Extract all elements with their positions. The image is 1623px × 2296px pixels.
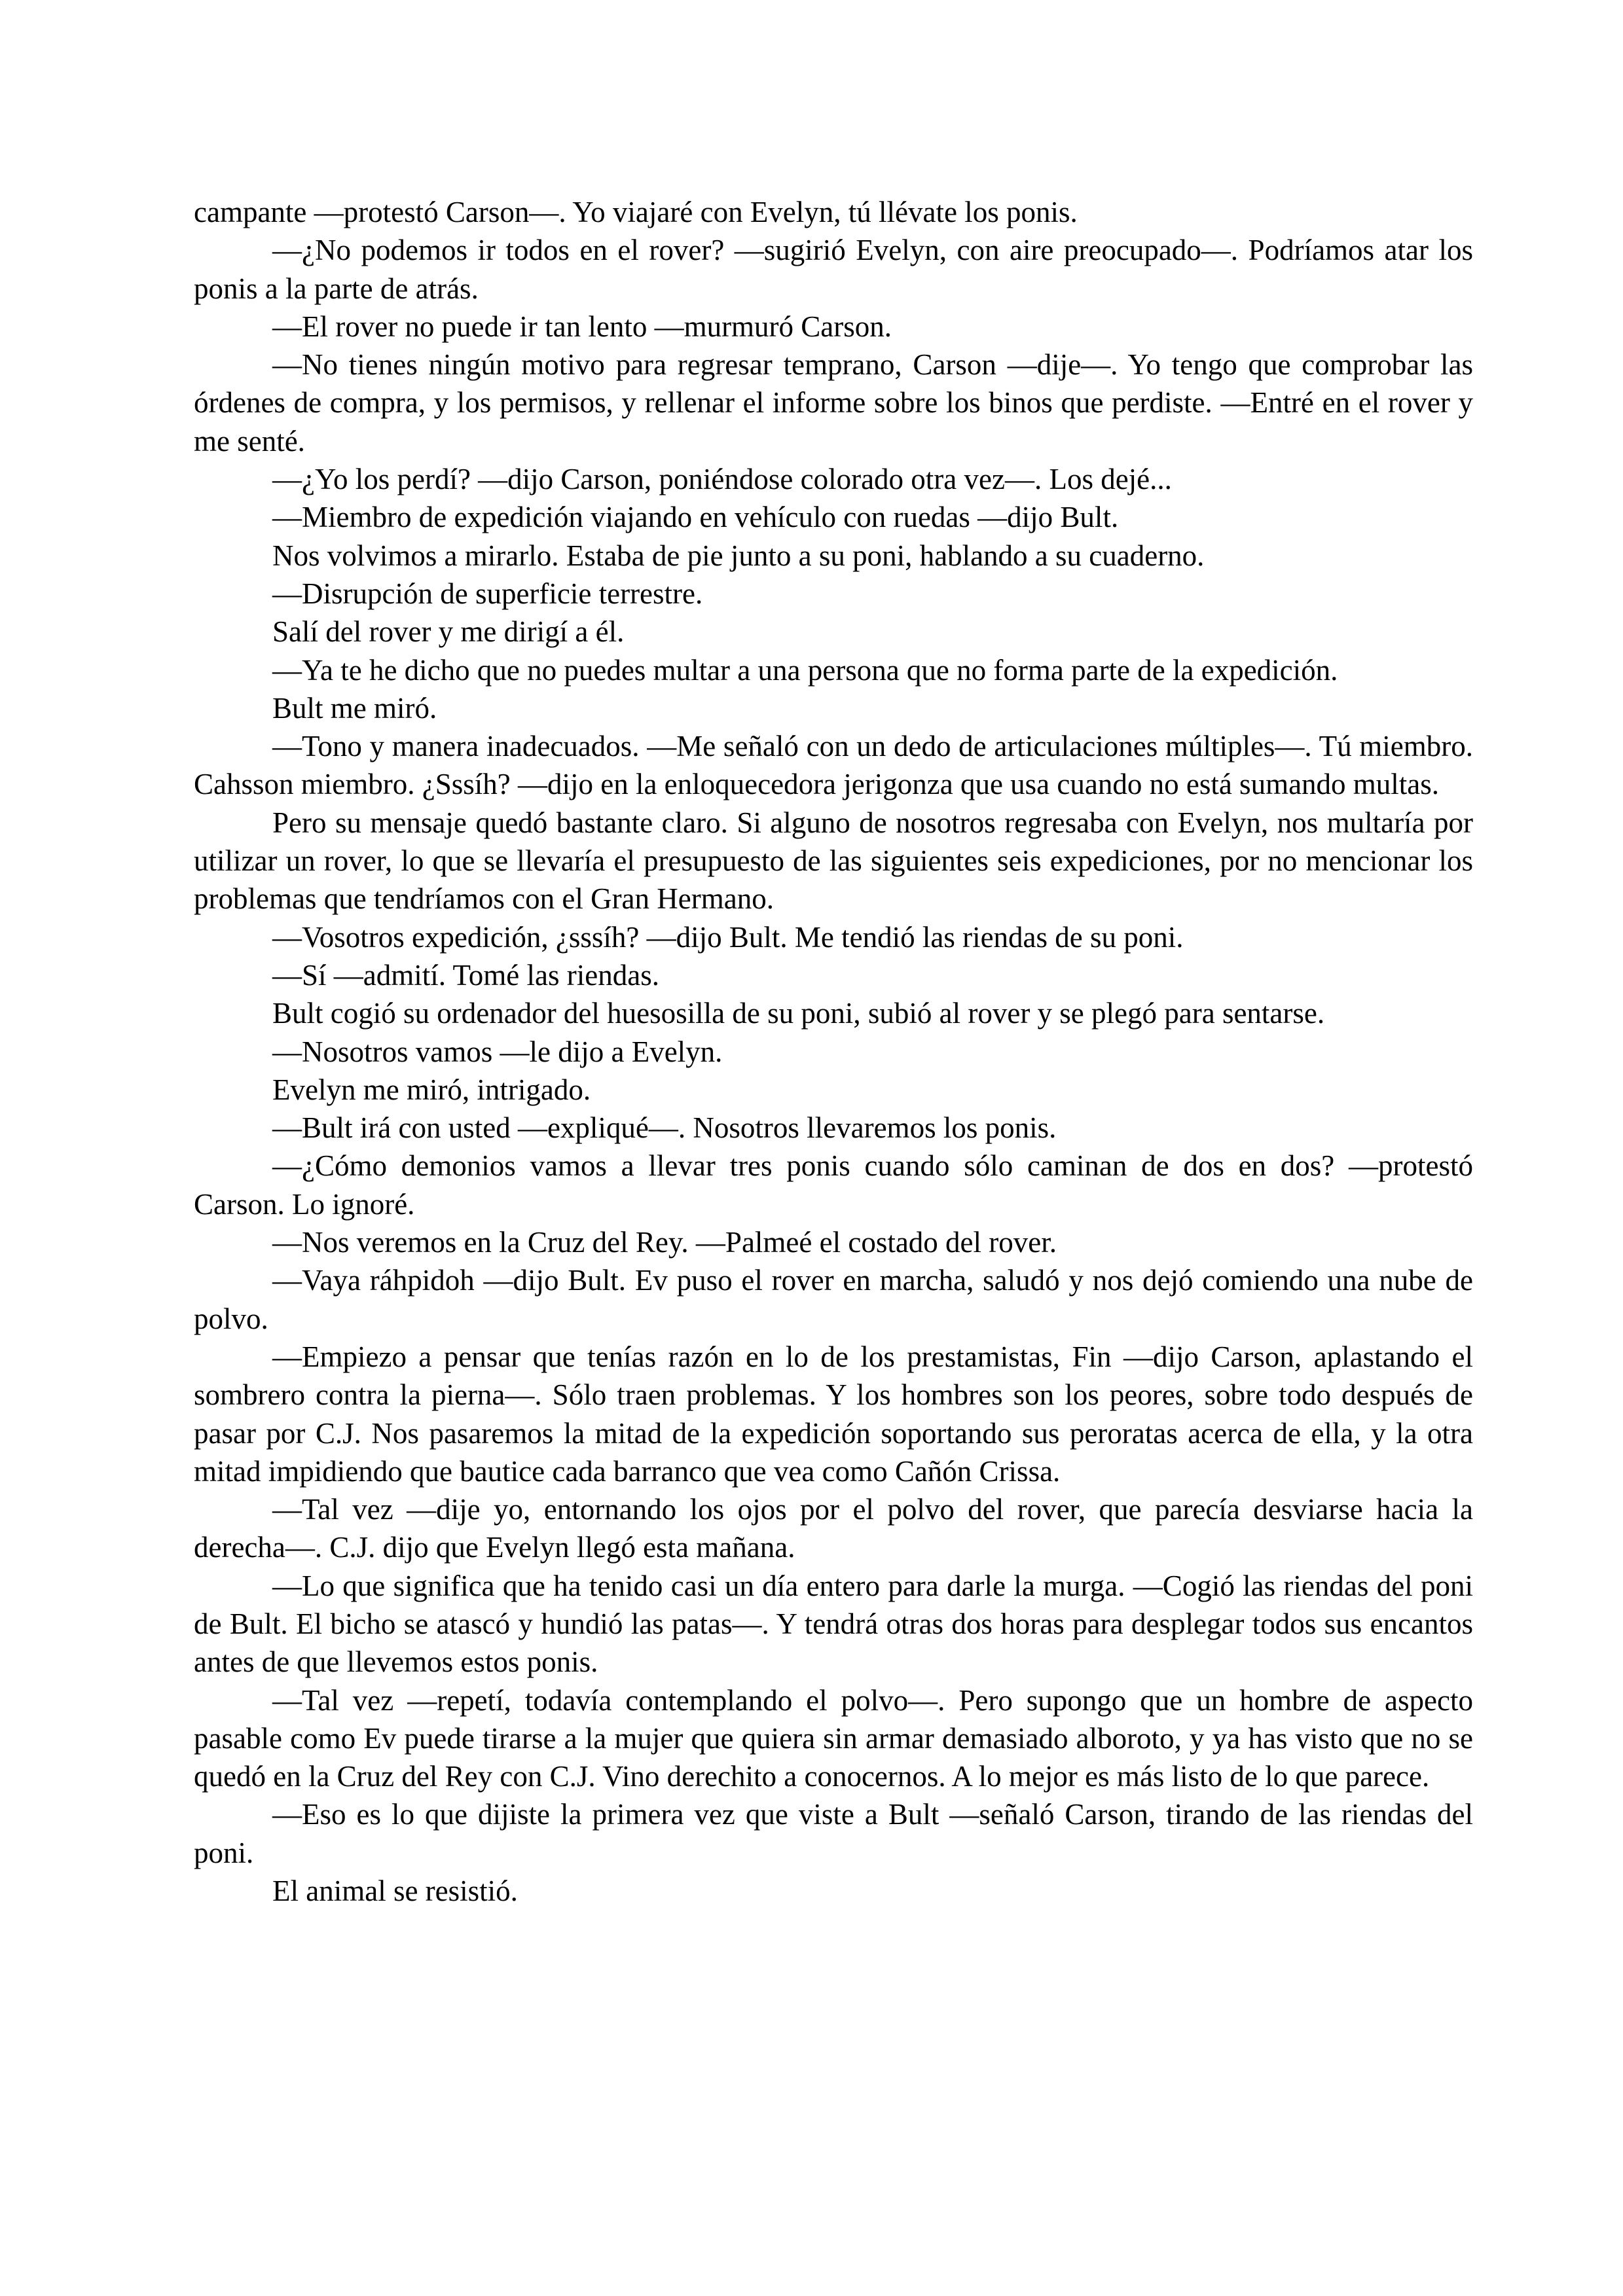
paragraph-dialogue: —Lo que significa que ha tenido casi un … <box>194 1567 1473 1681</box>
paragraph-narration: Evelyn me miró, intrigado. <box>194 1071 1473 1109</box>
paragraph-dialogue: —¿Yo los perdí? —dijo Carson, poniéndose… <box>194 460 1473 498</box>
paragraph-dialogue: —Vosotros expedición, ¿sssíh? —dijo Bult… <box>194 918 1473 956</box>
paragraph-dialogue: —Tal vez —dije yo, entornando los ojos p… <box>194 1490 1473 1567</box>
paragraph-narration: Bult me miró. <box>194 689 1473 727</box>
paragraph-dialogue: —Eso es lo que dijiste la primera vez qu… <box>194 1795 1473 1872</box>
paragraph-narration: El animal se resistió. <box>194 1872 1473 1910</box>
paragraph-dialogue: —Miembro de expedición viajando en vehíc… <box>194 498 1473 536</box>
paragraph-dialogue: —Ya te he dicho que no puedes multar a u… <box>194 651 1473 689</box>
paragraph-narration: Nos volvimos a mirarlo. Estaba de pie ju… <box>194 537 1473 575</box>
paragraph-continuation: campante —protestó Carson—. Yo viajaré c… <box>194 193 1473 231</box>
paragraph-dialogue: —Tal vez —repetí, todavía contemplando e… <box>194 1681 1473 1796</box>
paragraph-dialogue: —Vaya ráhpidoh —dijo Bult. Ev puso el ro… <box>194 1261 1473 1338</box>
paragraph-dialogue: —¿No podemos ir todos en el rover? —sugi… <box>194 231 1473 308</box>
paragraph-narration: Salí del rover y me dirigí a él. <box>194 613 1473 651</box>
paragraph-dialogue: —Disrupción de superficie terrestre. <box>194 575 1473 613</box>
paragraph-dialogue: —Bult irá con usted —expliqué—. Nosotros… <box>194 1109 1473 1147</box>
paragraph-dialogue: —Sí —admití. Tomé las riendas. <box>194 956 1473 994</box>
document-page: campante —protestó Carson—. Yo viajaré c… <box>194 193 1473 1910</box>
paragraph-narration: Bult cogió su ordenador del huesosilla d… <box>194 994 1473 1032</box>
paragraph-dialogue: —¿Cómo demonios vamos a llevar tres poni… <box>194 1147 1473 1223</box>
paragraph-dialogue: —El rover no puede ir tan lento —murmuró… <box>194 308 1473 346</box>
paragraph-dialogue: —Nos veremos en la Cruz del Rey. —Palmeé… <box>194 1223 1473 1261</box>
paragraph-dialogue: —Nosotros vamos —le dijo a Evelyn. <box>194 1033 1473 1071</box>
paragraph-dialogue: —No tienes ningún motivo para regresar t… <box>194 346 1473 460</box>
paragraph-narration: Pero su mensaje quedó bastante claro. Si… <box>194 804 1473 918</box>
paragraph-dialogue: —Empiezo a pensar que tenías razón en lo… <box>194 1338 1473 1490</box>
paragraph-dialogue: —Tono y manera inadecuados. —Me señaló c… <box>194 727 1473 804</box>
